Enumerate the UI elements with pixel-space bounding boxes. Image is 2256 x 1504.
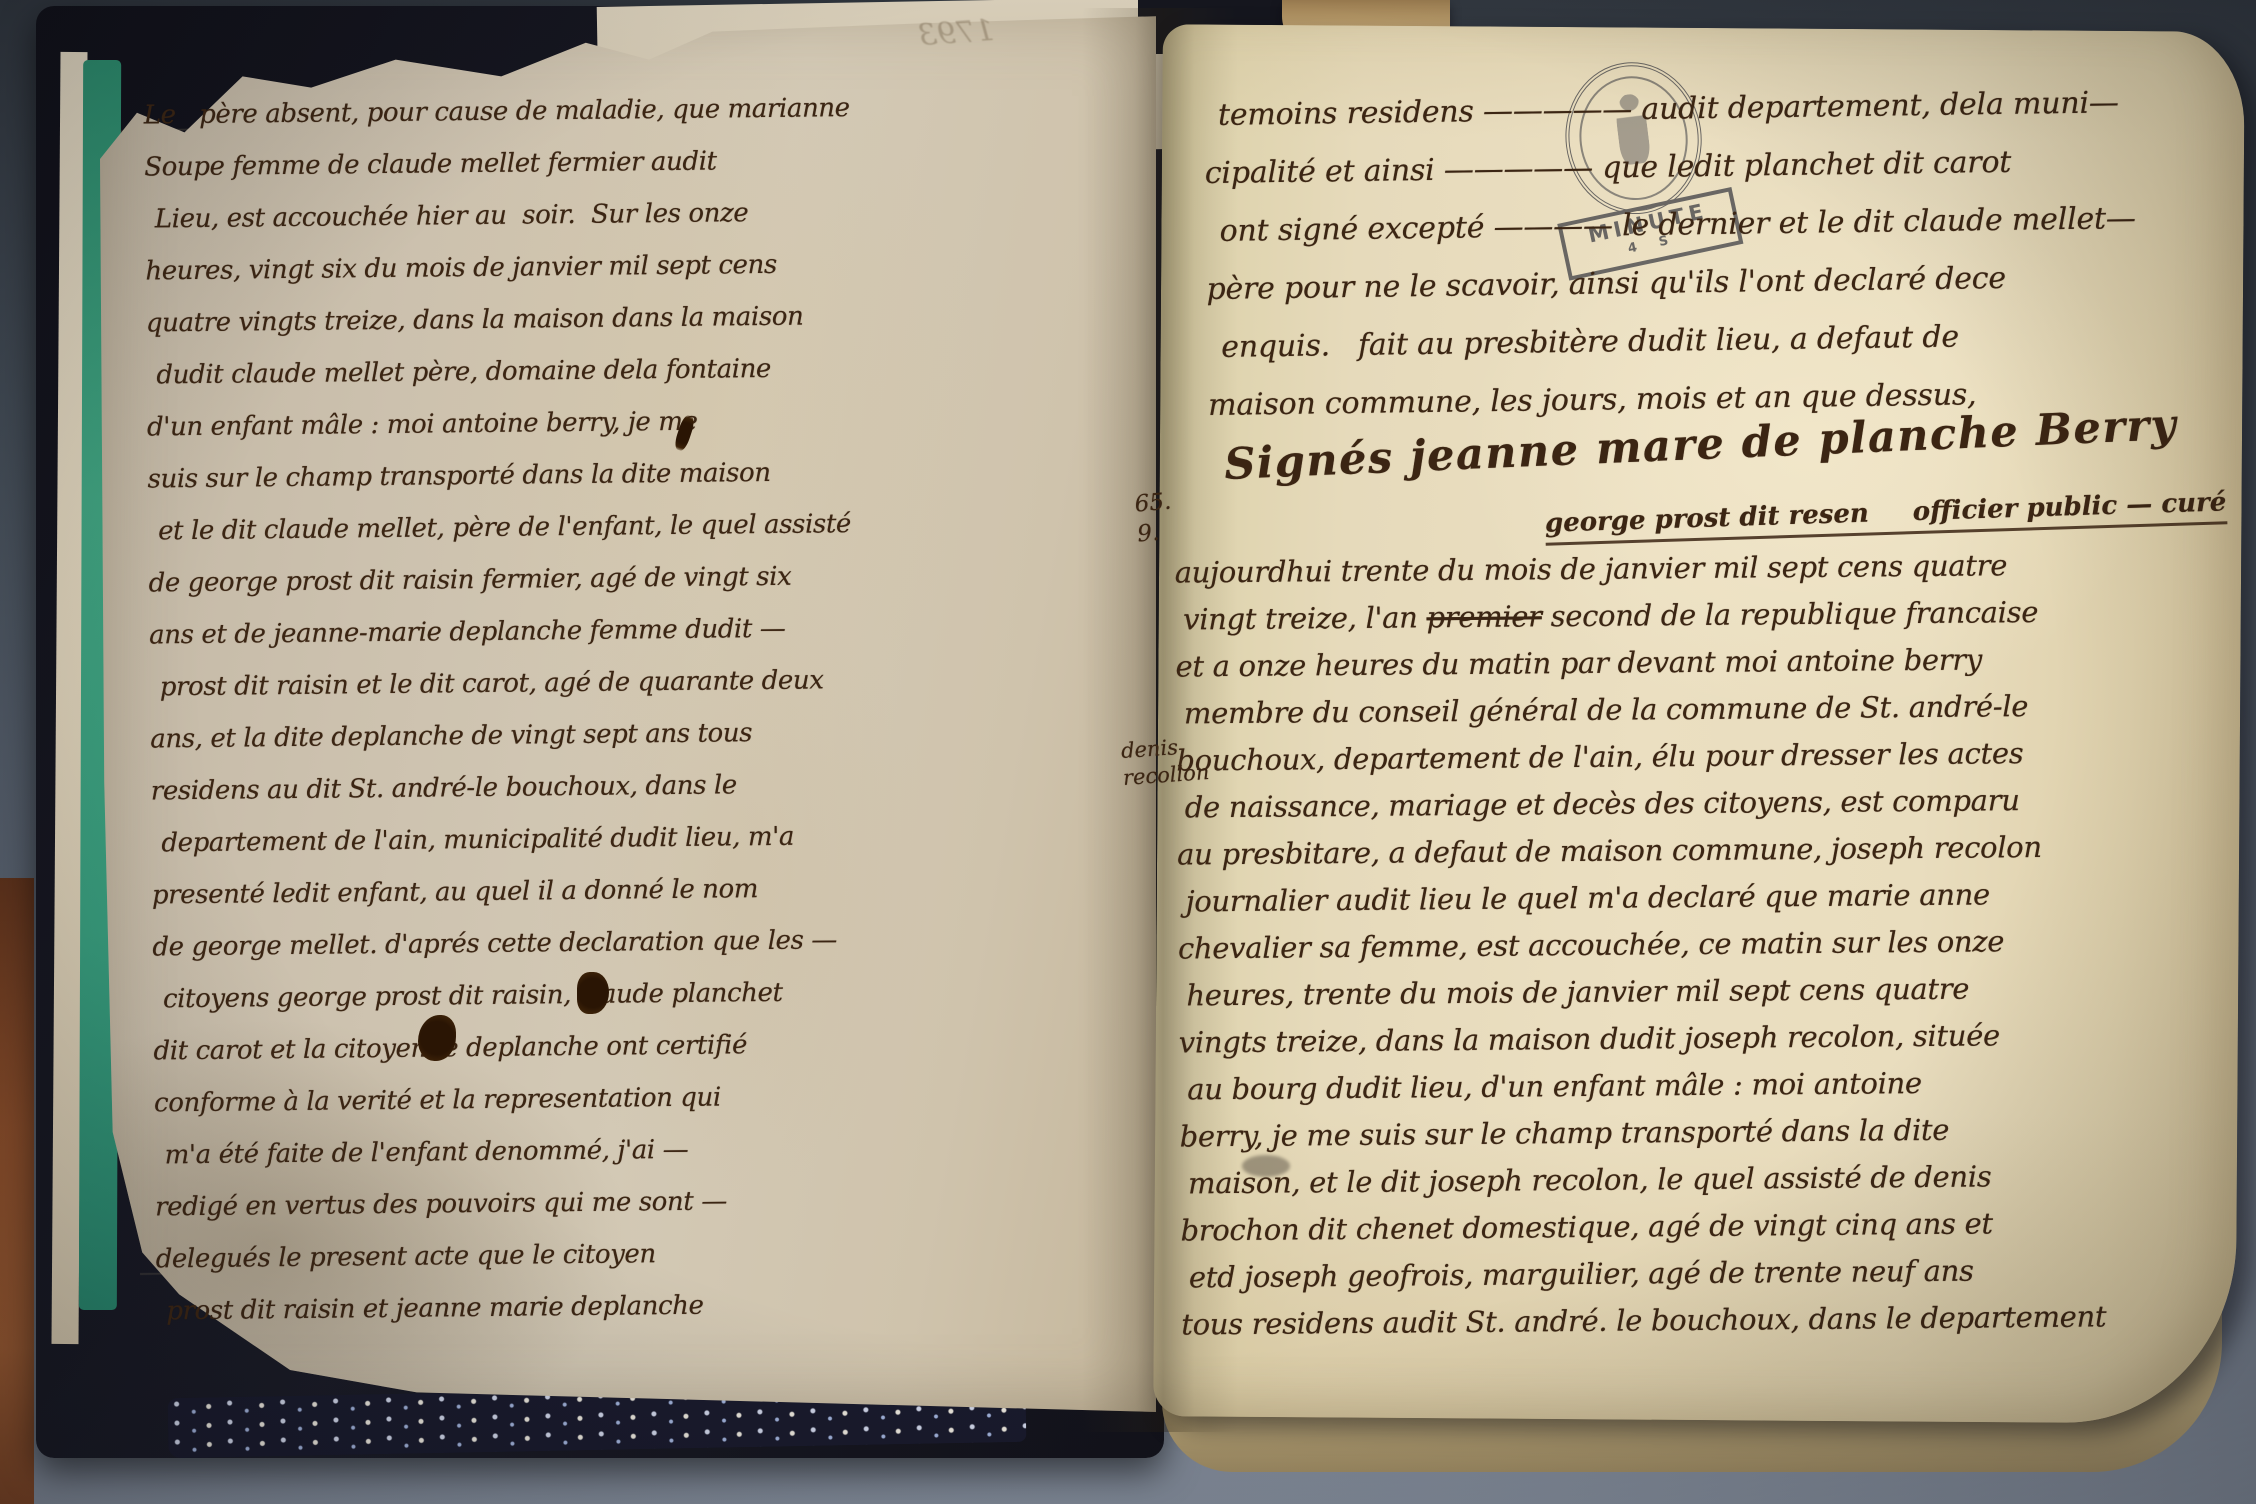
manuscript-line: suis sur le champ transporté dans la dit… bbox=[147, 447, 808, 506]
manuscript-line: prost dit raisin et jeanne marie deplanc… bbox=[166, 1279, 817, 1338]
manuscript-line: de george mellet. d'aprés cette declarat… bbox=[152, 915, 813, 974]
manuscript-line: prost dit raisin et le dit carot, agé de… bbox=[159, 655, 810, 714]
ghost-writing-year: 1793 bbox=[917, 13, 996, 53]
struck-word: premier bbox=[1426, 599, 1542, 634]
manuscript-line: de george prost dit raisin fermier, agé … bbox=[148, 551, 809, 610]
manuscript-line: presenté ledit enfant, au quel il a donn… bbox=[152, 863, 813, 922]
manuscript-line: delegués le present acte que le citoyen bbox=[155, 1227, 816, 1286]
manuscript-line: ans, et la dite deplanche de vingt sept … bbox=[150, 707, 811, 766]
manuscript-line: Lieu, est accouchée hier au soir. Sur le… bbox=[155, 187, 806, 246]
table-rust-edge bbox=[0, 878, 34, 1504]
ink-smudge bbox=[1242, 1155, 1290, 1177]
manuscript-line: Soupe femme de claude mellet fermier aud… bbox=[144, 135, 805, 194]
margin-number-top: 65. bbox=[1133, 487, 1172, 520]
manuscript-line: heures, vingt six du mois de janvier mil… bbox=[145, 239, 806, 298]
manuscript-line: Le père absent, pour cause de maladie, q… bbox=[143, 83, 804, 142]
right-page-opening-text: temoins residens ————— audit departement… bbox=[1204, 73, 2219, 435]
manuscript-line: ans et de jeanne-marie deplanche femme d… bbox=[149, 603, 810, 662]
manuscript-photo-scene: 1793 MINUTE 4 S Le père absent, pour cau… bbox=[0, 0, 2256, 1504]
left-page-text: Le père absent, pour cause de maladie, q… bbox=[143, 83, 816, 1338]
manuscript-line: et le dit claude mellet, père de l'enfan… bbox=[158, 499, 809, 558]
manuscript-line: dit carot et la citoyenne deplanche ont … bbox=[153, 1019, 814, 1078]
manuscript-line: quatre vingts treize, dans la maison dan… bbox=[146, 291, 807, 350]
right-page-act-text: aujourdhui trente du mois de janvier mil… bbox=[1175, 541, 2212, 1349]
margin-number-bottom: 9. bbox=[1136, 516, 1175, 549]
manuscript-line: redigé en vertus des pouvoirs qui me son… bbox=[155, 1175, 816, 1234]
manuscript-line: m'a été faite de l'enfant denommé, j'ai … bbox=[164, 1123, 815, 1182]
manuscript-line: citoyens george prost dit raisin, claude… bbox=[163, 967, 814, 1026]
manuscript-line: residens au dit St. andré-le bouchoux, d… bbox=[151, 759, 812, 818]
manuscript-line: dudit claude mellet père, domaine dela f… bbox=[156, 343, 807, 402]
manuscript-line: tous residens audit St. andré. le boucho… bbox=[1181, 1292, 2211, 1348]
manuscript-line: d'un enfant mâle : moi antoine berry, je… bbox=[147, 395, 808, 454]
manuscript-line: conforme à la verité et la representatio… bbox=[154, 1071, 815, 1130]
manuscript-line: departement de l'ain, municipalité dudit… bbox=[161, 811, 812, 870]
margin-act-numbers: 65. 9. bbox=[1133, 487, 1175, 550]
